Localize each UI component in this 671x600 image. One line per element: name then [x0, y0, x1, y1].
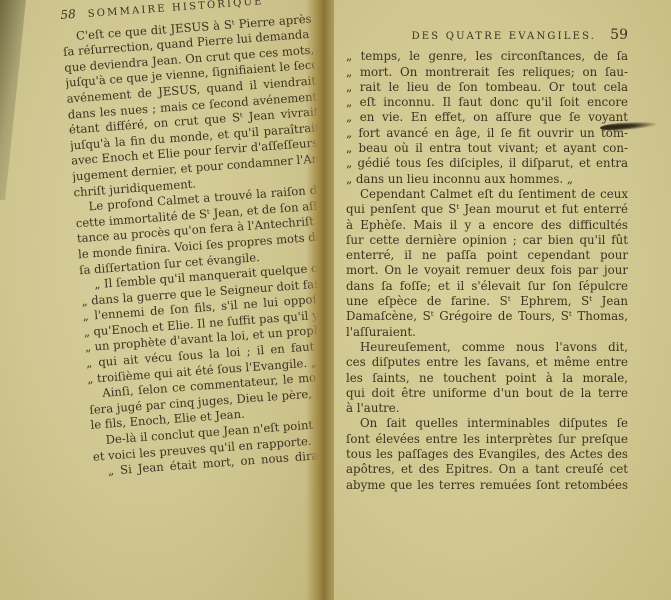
text-line: qui penſent que Sᵗ Jean mourut et fut en…: [346, 202, 628, 217]
right-page-number: 59: [610, 28, 628, 43]
text-line: enterré, il ne paſſa point cependant pou…: [346, 248, 628, 263]
right-running-title: DES QUATRE EVANGILES.: [412, 29, 597, 44]
left-page: 58 SOMMAIRE HISTORIQUE C'eſt ce que dit …: [0, 0, 322, 600]
left-page-body: C'eſt ce que dit JESUS à Sᵗ Pierre après…: [62, 11, 344, 480]
text-line: abyme que les terres remuées ſont retomb…: [346, 478, 628, 493]
left-page-number: 58: [60, 7, 76, 24]
text-line: apôtres, et des Epitres. On a tant creuſ…: [346, 462, 628, 477]
text-line: à l'autre.: [346, 401, 628, 416]
text-line: „ dans un lieu inconnu aux hommes. „: [346, 172, 628, 187]
text-line: „ beau où il entra tout vivant; et ayant…: [346, 141, 628, 156]
text-line: ſont élevées entre les interprètes ſur p…: [346, 432, 628, 447]
right-page: DES QUATRE EVANGILES. 59 „ temps, le gen…: [334, 0, 671, 600]
text-line: „ gédié tous ſes diſciples, il diſparut,…: [346, 156, 628, 171]
right-page-text-block: DES QUATRE EVANGILES. 59 „ temps, le gen…: [346, 28, 628, 493]
text-line: Heureuſement, comme nous l'avons dit,: [346, 340, 628, 355]
text-line: ſur cette dernière opinion ; car bien qu…: [346, 233, 628, 248]
text-line: „ eſt inconnu. Il faut donc qu'il ſoit e…: [346, 95, 628, 110]
book-gutter: [306, 0, 336, 600]
text-line: On ſait quelles interminables diſputes ſ…: [346, 416, 628, 431]
book-spread: 58 SOMMAIRE HISTORIQUE C'eſt ce que dit …: [0, 0, 671, 600]
text-line: „ mort. On montrerait ſes reliques; on ſ…: [346, 65, 628, 80]
text-line: à Ephèſe. Mais il y a encore des difficu…: [346, 218, 628, 233]
right-running-head: DES QUATRE EVANGILES. 59: [366, 28, 628, 44]
text-line: „ fort avancé en âge, il ſe fit ouvrir u…: [346, 126, 628, 141]
text-line: les ſaints, ne touchent point à la moral…: [346, 371, 628, 386]
text-line: dans ſa foſſe; et il s'élevait ſur ſon ſ…: [346, 279, 628, 294]
text-line: tous les paſſages des Evangiles, des Act…: [346, 447, 628, 462]
text-line: l'aſſuraient.: [346, 325, 628, 340]
right-page-body: „ temps, le genre, les circonſtances, de…: [346, 49, 628, 493]
text-line: qui doit être uniforme d'un bout de la t…: [346, 386, 628, 401]
text-line: une eſpèce de farine. Sᵗ Ephrem, Sᵗ Jean: [346, 294, 628, 309]
text-line: „ en vie. En effet, on aſſure que ſe voy…: [346, 110, 628, 125]
left-page-text-block: 58 SOMMAIRE HISTORIQUE C'eſt ce que dit …: [60, 0, 344, 481]
text-line: mort. On le voyait remuer deux fois par …: [346, 263, 628, 278]
text-line: „ temps, le genre, les circonſtances, de…: [346, 49, 628, 64]
text-line: Damaſcène, Sᵗ Grégoire de Tours, Sᵗ Thom…: [346, 309, 628, 324]
text-line: Cependant Calmet eſt du ſentiment de ceu…: [346, 187, 628, 202]
text-line: „ rait le lieu de ſon tombeau. Or tout c…: [346, 80, 628, 95]
text-line: ces diſputes entre les ſavans, et même e…: [346, 355, 628, 370]
